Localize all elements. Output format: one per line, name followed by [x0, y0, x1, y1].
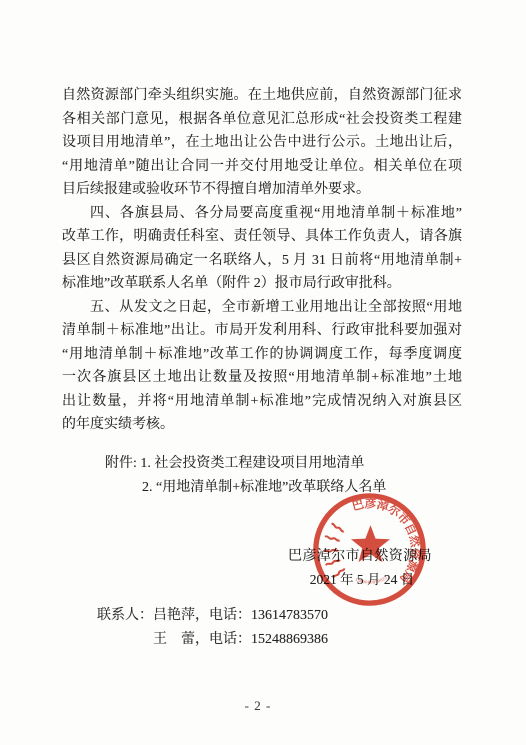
document-page: 自然资源部门牵头组织实施。在土地供应前，自然资源部门征求各相关部门意见，根据各单…: [0, 0, 526, 745]
body-text-line: 改革工作，明确责任科室、责任领导、具体工作负责人，请各旗: [62, 225, 462, 249]
official-seal-icon: 巴彦淖尔市自然资源局 1500080050022: [311, 491, 428, 608]
body-text-line: 各相关部门意见，根据各单位意见汇总形成“社会投资类工程建: [62, 108, 462, 132]
contact-person-2: 王 蕾，电话：15248869386: [153, 628, 328, 648]
body-text-line: 四、各旗县局、各分局要高度重视“用地清单制＋标准地”: [62, 202, 462, 226]
body-text-line: 自然资源部门牵头组织实施。在土地供应前，自然资源部门征求: [62, 84, 462, 108]
body-text-line: 清单制＋标准地”出让。市局开发利用科、行政审批科要加强对: [62, 319, 462, 343]
attachment-line-1: 附件: 1. 社会投资类工程建设项目用地清单: [105, 452, 364, 472]
body-text-line: 目后续报建或验收环节不得擅自增加清单外要求。: [62, 178, 462, 202]
body-text-line: 县区自然资源局确定一名联络人，5 月 31 日前将“用地清单制+: [62, 249, 462, 273]
svg-text:1500080050022: 1500080050022: [355, 575, 389, 585]
body-text-line: “用地清单”随出让合同一并交付用地受让单位。相关单位在项: [62, 155, 462, 179]
document-body: 自然资源部门牵头组织实施。在土地供应前，自然资源部门征求各相关部门意见，根据各单…: [62, 84, 462, 437]
page-number: - 2 -: [0, 698, 516, 714]
star-icon: [351, 525, 390, 562]
body-text-line: 标准地”改革联系人名单（附件 2）报市局行政审批科。: [62, 272, 462, 296]
body-text-line: 的年度实绩考核。: [62, 413, 462, 437]
contact-person-1: 联系人：吕艳萍，电话：13614783570: [97, 604, 328, 624]
body-text-line: 设项目用地清单”，在土地出让公告中进行公示。土地出让后，: [62, 131, 462, 155]
seal-code: 1500080050022: [355, 575, 389, 585]
body-text-line: 五、从发文之日起，全市新增工业用地出让全部按照“用地: [62, 296, 462, 320]
seal-mongolian-script: [324, 523, 345, 578]
body-text-line: 出让数量，并将“用地清单制+标准地”完成情况纳入对旗县区: [62, 390, 462, 414]
body-text-line: “用地清单制＋标准地”改革工作的协调调度工作，每季度调度: [62, 343, 462, 367]
body-text-line: 一次各旗县区土地出让数量及按照“用地清单制+标准地”土地: [62, 366, 462, 390]
